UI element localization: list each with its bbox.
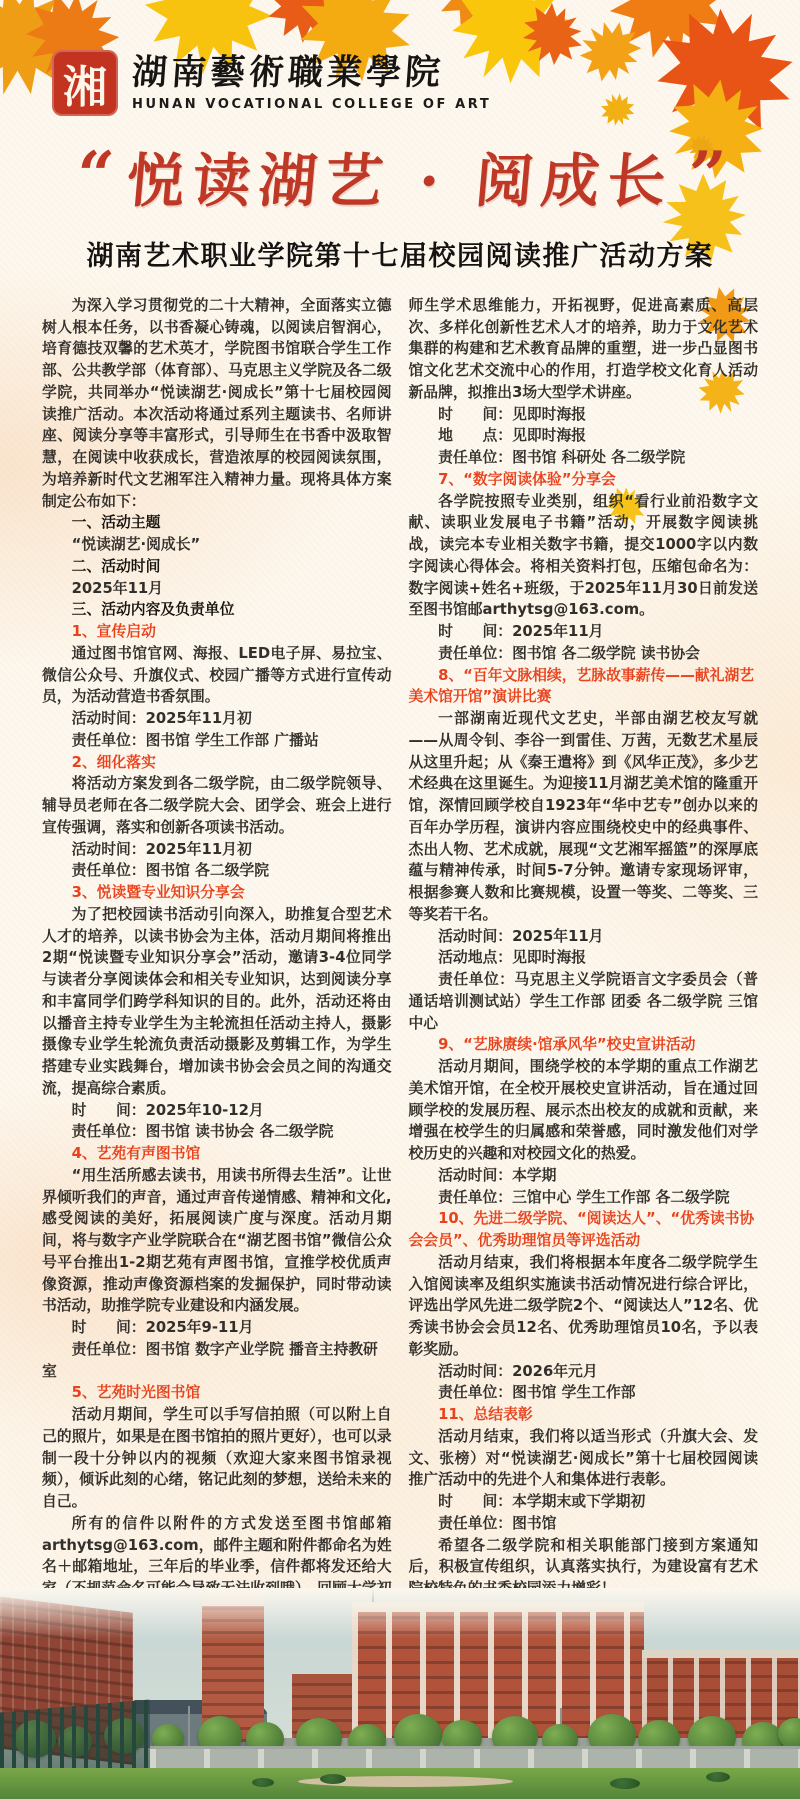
meta-line: 活动时间：2025年11月初 [42,839,392,861]
college-name-block: 湖南藝術職業學院 HUNAN VOCATIONAL COLLEGE OF ART [132,54,491,112]
body-paragraph: 一部湖南近现代文艺史，半部由湖艺校友写就——从周令钊、李谷一到雷佳、万茜，无数艺… [409,708,759,926]
body-paragraph: 各学院按照专业类别，组织“看行业前沿数字文献、读职业发展电子书籍”活动，开展数字… [409,491,759,622]
college-logo-block: 湘 湖南藝術職業學院 HUNAN VOCATIONAL COLLEGE OF A… [0,0,800,116]
section-heading: 1、宣传启动 [42,621,392,643]
body-paragraph: 活动月结束，我们将根据本年度各二级学院学生入馆阅读率及组织实施读书活动情况进行综… [409,1252,759,1361]
meta-line: 责任单位：图书馆 各二级学院 读书协会 [409,643,759,665]
college-name-chinese: 湖南藝術職業學院 [131,54,493,93]
meta-line: 时 间：2025年10-12月 [42,1100,392,1122]
meta-line: 责任单位：图书馆 科研处 各二级学院 [409,447,759,469]
page-subtitle: 湖南艺术职业学院第十七届校园阅读推广活动方案 [0,234,800,273]
body-paragraph: 责任单位：马克思主义学院语言文字委员会（普通话培训测试站）学生工作部 团委 各二… [409,969,759,1034]
meta-line: “悦读湖艺·阅成长” [42,534,392,556]
section-heading: 8、“百年文脉相续，艺脉故事薪传——献礼湖艺美术馆开馆”演讲比赛 [409,665,759,709]
body-paragraph: 活动月结束，我们将以适当形式（升旗大会、发文、张榜）对“悦读湖艺·阅成长”第十七… [409,1426,759,1491]
body-paragraph: 为深入学习贯彻党的二十大精神，全面落实立德树人根本任务，以书香凝心铸魂，以阅读启… [42,295,392,513]
meta-line: 责任单位：图书馆 各二级学院 [42,860,392,882]
bush [706,1772,730,1782]
college-seal-icon: 湘 [52,50,118,116]
page-title-text: 悦读湖艺 · 阅成长 [124,150,676,214]
section-heading: 9、“艺脉赓续·馆承风华”校史宣讲活动 [409,1034,759,1056]
meta-line: 活动时间：2025年11月初 [42,708,392,730]
body-paragraph: 为了把校园读书活动引向深入，助推复合型艺术人才的培养，以读书协会为主体，活动月期… [42,904,392,1100]
section-heading: 10、先进二级学院、“阅读达人”、“优秀读书协会会员”、优秀助理馆员等评选活动 [409,1208,759,1252]
poster-content: 湘 湖南藝術職業學院 HUNAN VOCATIONAL COLLEGE OF A… [0,0,800,1752]
meta-line: 责任单位：图书馆 [409,1513,759,1535]
meta-line: 时 间：2025年9-11月 [42,1317,392,1339]
meta-line: 责任单位：图书馆 读书协会 各二级学院 [42,1121,392,1143]
open-quote: “ [74,150,115,201]
meta-line: 时 间：本学期末或下学期初 [409,1491,759,1513]
outline-heading: 二、活动时间 [42,556,392,578]
meta-line: 责任单位：图书馆 学生工作部 [409,1382,759,1404]
bush [610,1778,640,1789]
section-heading: 11、总结表彰 [409,1404,759,1426]
body-paragraph: 活动月期间，学生可以手写信拍照（可以附上自己的照片，如果是在图书馆拍的照片更好）… [42,1404,392,1513]
body-paragraph: 活动月期间，围绕学校的本学期的重点工作湖艺美术馆开馆，在全校开展校史宣讲活动，旨… [409,1056,759,1165]
page-title: “ 悦读湖艺 · 阅成长 ” [0,150,800,214]
meta-line: 活动时间：本学期 [409,1165,759,1187]
close-quote: ” [686,150,727,201]
campus-photo [0,1588,800,1799]
section-heading: 3、悦读暨专业知识分享会 [42,882,392,904]
meta-line: 责任单位：图书馆 学生工作部 广播站 [42,730,392,752]
left-column: 为深入学习贯彻党的二十大精神，全面落实立德树人根本任务，以书香凝心铸魂，以阅读启… [42,295,392,1752]
body-paragraph: 通过图书馆官网、海报、LED电子屏、易拉宝、微信公众号、升旗仪式、校园广播等方式… [42,643,392,708]
section-heading: 7、“数字阅读体验”分享会 [409,469,759,491]
meta-line: 2025年11月 [42,578,392,600]
document-body: 为深入学习贯彻党的二十大精神，全面落实立德树人根本任务，以书香凝心铸魂，以阅读启… [0,295,800,1752]
meta-line: 地 点：见即时海报 [409,425,759,447]
reading-promotion-poster: 湘 湖南藝術職業學院 HUNAN VOCATIONAL COLLEGE OF A… [0,0,800,1799]
outline-heading: 一、活动主题 [42,512,392,534]
section-heading: 5、艺苑时光图书馆 [42,1382,392,1404]
section-heading: 2、细化落实 [42,752,392,774]
meta-line: 时 间：见即时海报 [409,404,759,426]
section-heading: 4、艺苑有声图书馆 [42,1143,392,1165]
meta-line: 活动地点：见即时海报 [409,947,759,969]
meta-line: 责任单位：三馆中心 学生工作部 各二级学院 [409,1187,759,1209]
body-paragraph: 师生学术思维能力，开拓视野，促进高素质、高层次、多样化创新性艺术人才的培养，助力… [409,295,759,404]
bush [320,1774,346,1784]
outline-heading: 三、活动内容及负责单位 [42,599,392,621]
college-name-english: HUNAN VOCATIONAL COLLEGE OF ART [132,97,491,112]
meta-line: 活动时间：2025年11月 [409,926,759,948]
body-paragraph: 将活动方案发到各二级学院，由二级学院领导、辅导员老师在各二级学院大会、团学会、班… [42,773,392,838]
meta-line: 活动时间：2026年元月 [409,1361,759,1383]
bush [252,1778,274,1787]
body-paragraph: “用生活所感去读书，用读书所得去生活”。让世界倾听我们的声音，通过声音传递情感、… [42,1165,392,1317]
meta-line: 责任单位：图书馆 数字产业学院 播音主持教研室 [42,1339,392,1383]
photo-top-fade [0,1588,800,1639]
right-column: 师生学术思维能力，开拓视野，促进高素质、高层次、多样化创新性艺术人才的培养，助力… [409,295,759,1752]
meta-line: 时 间：2025年11月 [409,621,759,643]
